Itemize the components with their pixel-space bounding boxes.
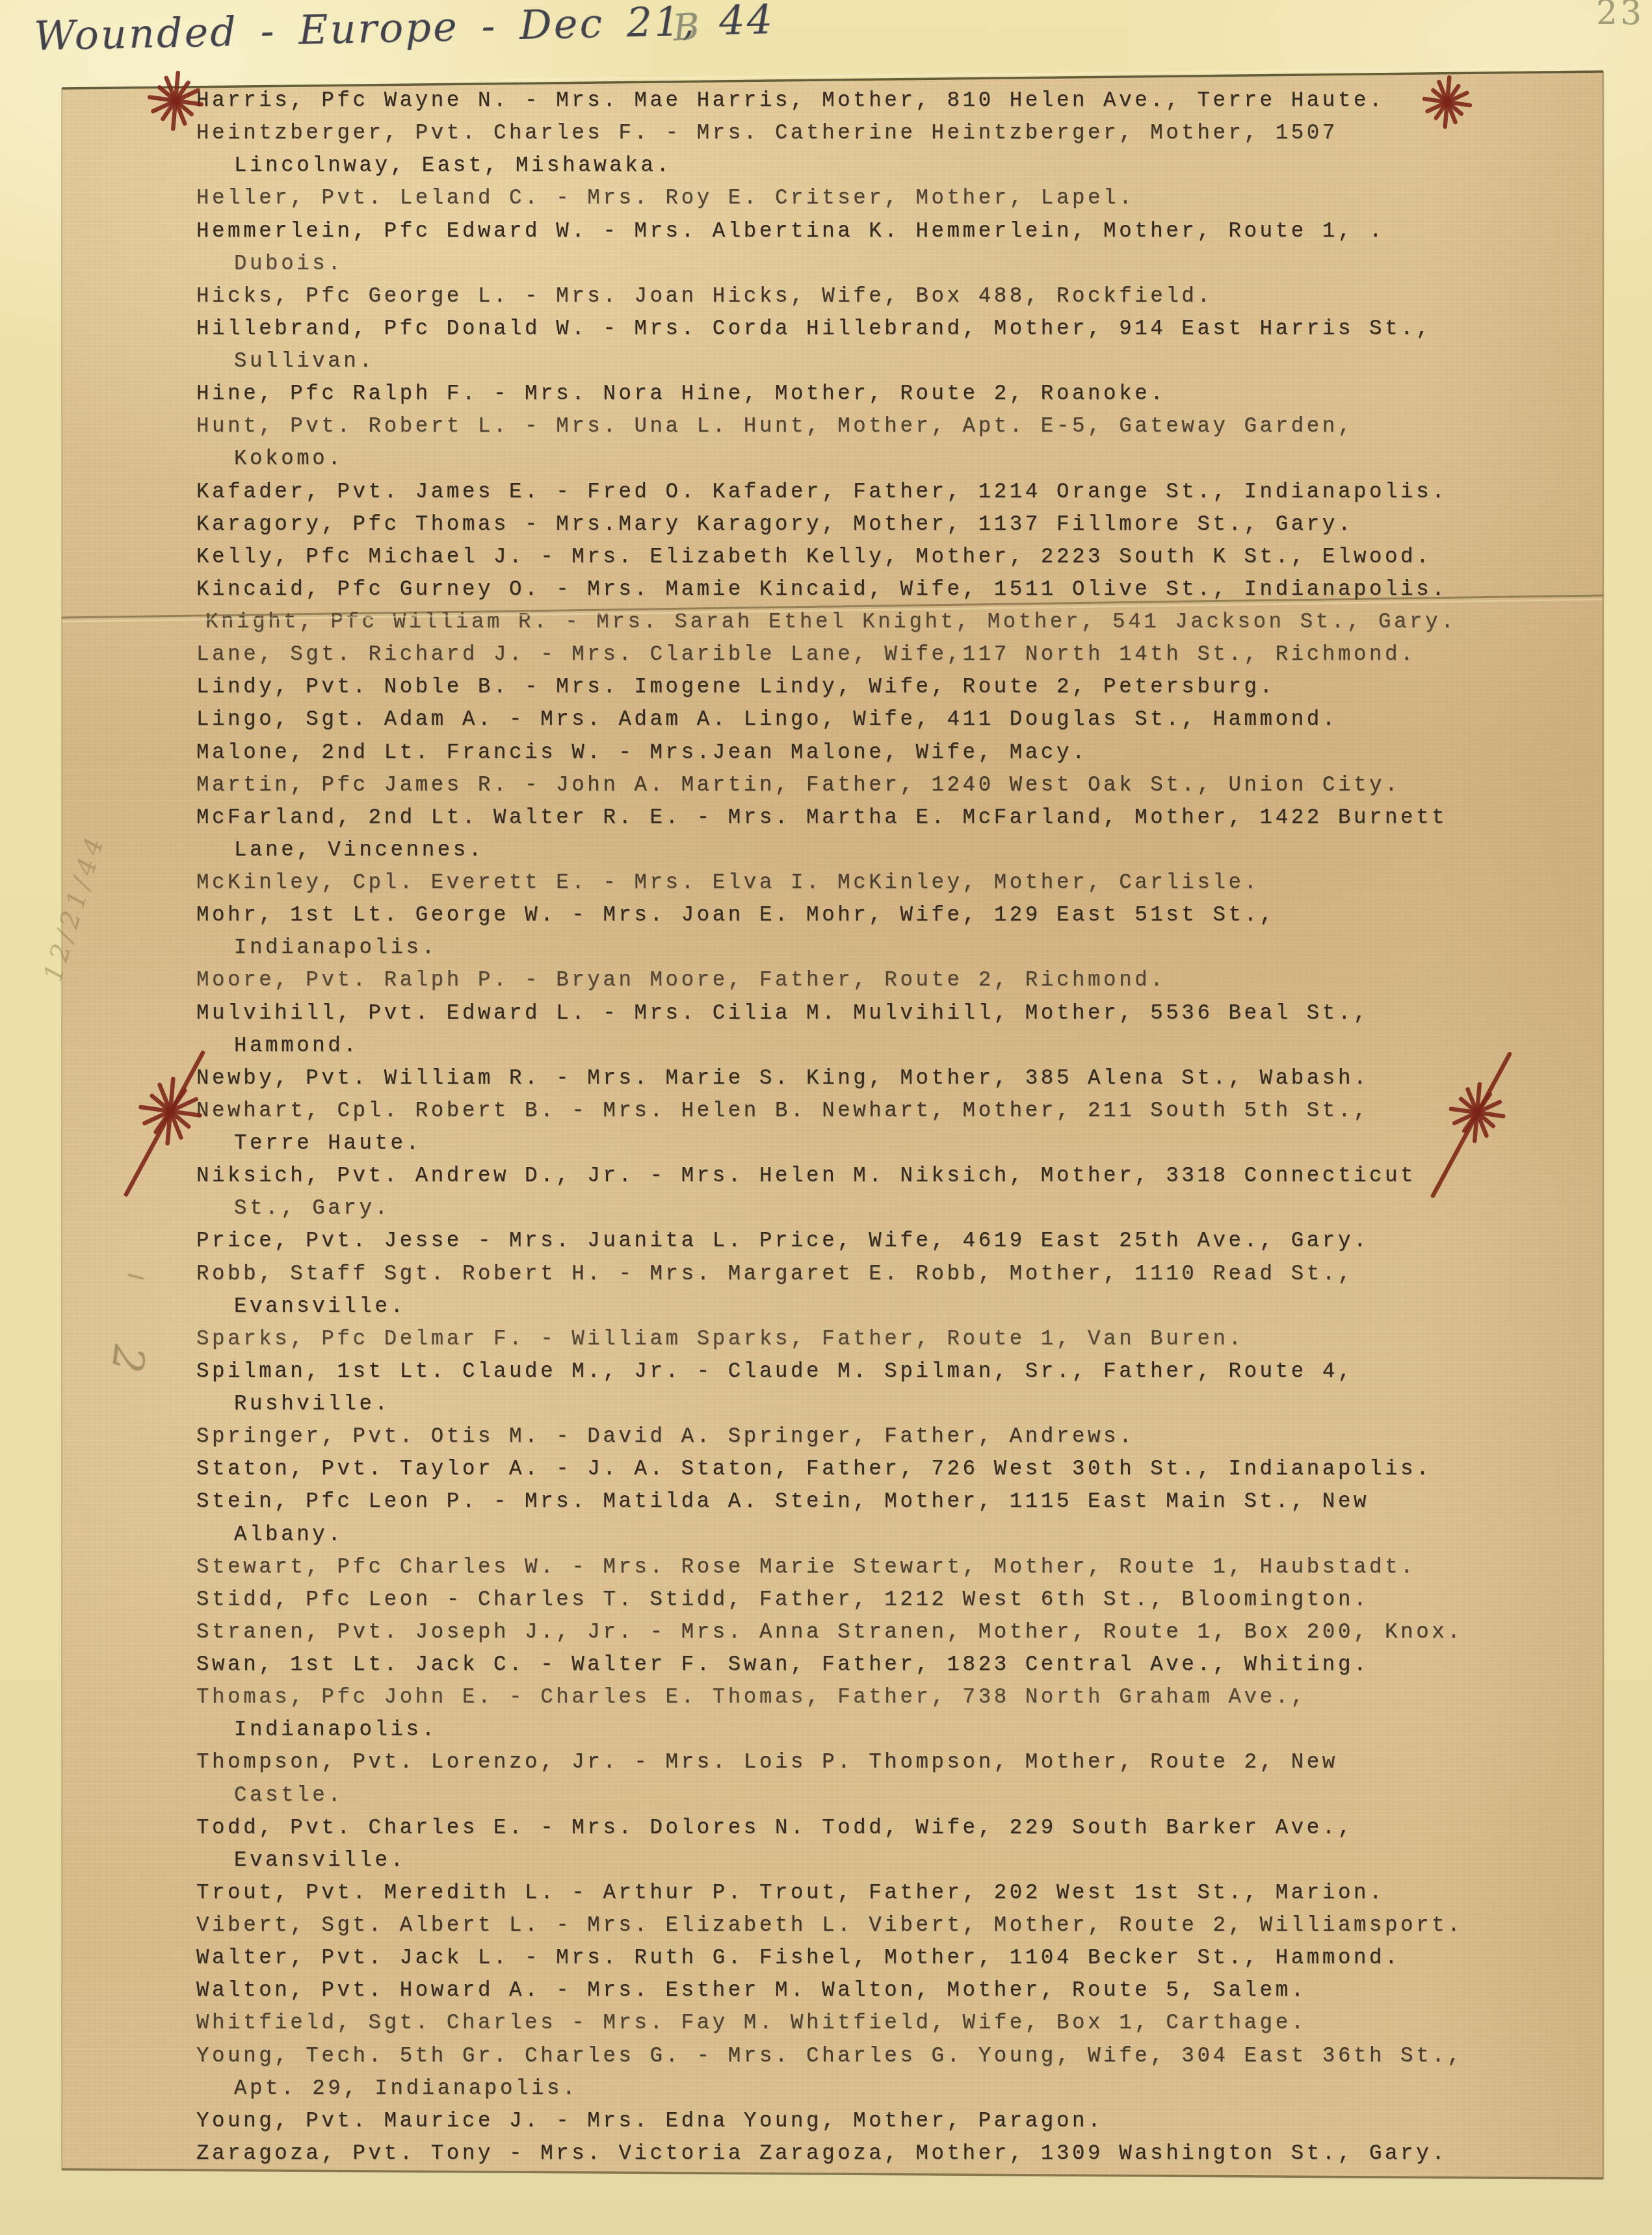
typed-lines: Harris, Pfc Wayne N. - Mrs. Mae Harris, … bbox=[196, 85, 1463, 2170]
roster-line: Thomas, Pfc John E. - Charles E. Thomas,… bbox=[196, 1681, 1463, 1714]
roster-line: Karagory, Pfc Thomas - Mrs.Mary Karagory… bbox=[196, 508, 1463, 541]
roster-line: Lindy, Pvt. Noble B. - Mrs. Imogene Lind… bbox=[196, 671, 1463, 703]
roster-line: Walter, Pvt. Jack L. - Mrs. Ruth G. Fish… bbox=[196, 1942, 1463, 1974]
roster-line: Stewart, Pfc Charles W. - Mrs. Rose Mari… bbox=[196, 1551, 1463, 1584]
roster-line: Kokomo. bbox=[196, 443, 1463, 475]
roster-line: Hemmerlein, Pfc Edward W. - Mrs. Alberti… bbox=[196, 215, 1463, 248]
roster-line: Indianapolis. bbox=[196, 932, 1463, 964]
roster-line: Hammond. bbox=[196, 1030, 1463, 1062]
scan-root: { "page": { "handwritten_title": "Wounde… bbox=[0, 0, 1652, 2235]
roster-line: Robb, Staff Sgt. Robert H. - Mrs. Margar… bbox=[196, 1258, 1463, 1290]
roster-line: Lingo, Sgt. Adam A. - Mrs. Adam A. Lingo… bbox=[196, 703, 1463, 736]
roster-line: Hillebrand, Pfc Donald W. - Mrs. Corda H… bbox=[196, 313, 1463, 345]
roster-line: Kafader, Pvt. James E. - Fred O. Kafader… bbox=[196, 476, 1463, 508]
roster-line: Evansville. bbox=[196, 1844, 1463, 1877]
roster-line: Malone, 2nd Lt. Francis W. - Mrs.Jean Ma… bbox=[196, 737, 1463, 769]
page-number: 23 bbox=[1596, 0, 1644, 33]
roster-line: Knight, Pfc William R. - Mrs. Sarah Ethe… bbox=[196, 606, 1463, 638]
roster-line: Moore, Pvt. Ralph P. - Bryan Moore, Fath… bbox=[196, 964, 1463, 997]
roster-line: Lane, Sgt. Richard J. - Mrs. Clarible La… bbox=[196, 638, 1463, 671]
typed-sheet: Harris, Pfc Wayne N. - Mrs. Mae Harris, … bbox=[0, 0, 1652, 2235]
roster-line: Lincolnway, East, Mishawaka. bbox=[196, 150, 1463, 182]
roster-line: Spilman, 1st Lt. Claude M., Jr. - Claude… bbox=[196, 1355, 1463, 1388]
roster-line: Kelly, Pfc Michael J. - Mrs. Elizabeth K… bbox=[196, 541, 1463, 573]
roster-line: Todd, Pvt. Charles E. - Mrs. Dolores N. … bbox=[196, 1812, 1463, 1844]
roster-line: Harris, Pfc Wayne N. - Mrs. Mae Harris, … bbox=[196, 85, 1463, 117]
roster-line: Sparks, Pfc Delmar F. - William Sparks, … bbox=[196, 1323, 1463, 1355]
roster-line: Newby, Pvt. William R. - Mrs. Marie S. K… bbox=[196, 1062, 1463, 1095]
roster-line: Whitfield, Sgt. Charles - Mrs. Fay M. Wh… bbox=[196, 2007, 1463, 2039]
roster-line: Thompson, Pvt. Lorenzo, Jr. - Mrs. Lois … bbox=[196, 1746, 1463, 1779]
roster-line: Zaragoza, Pvt. Tony - Mrs. Victoria Zara… bbox=[196, 2137, 1463, 2170]
roster-line: Evansville. bbox=[196, 1290, 1463, 1323]
roster-line: Stranen, Pvt. Joseph J., Jr. - Mrs. Anna… bbox=[196, 1616, 1463, 1649]
roster-line: St., Gary. bbox=[196, 1192, 1463, 1225]
roster-line: Vibert, Sgt. Albert L. - Mrs. Elizabeth … bbox=[196, 1909, 1463, 1942]
roster-line: Apt. 29, Indianapolis. bbox=[196, 2072, 1463, 2105]
roster-line: Hunt, Pvt. Robert L. - Mrs. Una L. Hunt,… bbox=[196, 410, 1463, 443]
roster-line: Mulvihill, Pvt. Edward L. - Mrs. Cilia M… bbox=[196, 997, 1463, 1030]
roster-line: Young, Pvt. Maurice J. - Mrs. Edna Young… bbox=[196, 2105, 1463, 2137]
roster-line: Springer, Pvt. Otis M. - David A. Spring… bbox=[196, 1420, 1463, 1453]
roster-line: Price, Pvt. Jesse - Mrs. Juanita L. Pric… bbox=[196, 1225, 1463, 1257]
roster-line: Kincaid, Pfc Gurney O. - Mrs. Mamie Kinc… bbox=[196, 573, 1463, 606]
roster-line: Terre Haute. bbox=[196, 1127, 1463, 1160]
roster-line: Newhart, Cpl. Robert B. - Mrs. Helen B. … bbox=[196, 1095, 1463, 1127]
roster-line: Rushville. bbox=[196, 1388, 1463, 1420]
roster-line: Heintzberger, Pvt. Charles F. - Mrs. Cat… bbox=[196, 117, 1463, 150]
roster-line: Swan, 1st Lt. Jack C. - Walter F. Swan, … bbox=[196, 1649, 1463, 1681]
roster-line: Walton, Pvt. Howard A. - Mrs. Esther M. … bbox=[196, 1974, 1463, 2007]
roster-line: Stein, Pfc Leon P. - Mrs. Matilda A. Ste… bbox=[196, 1485, 1463, 1518]
roster-line: Heller, Pvt. Leland C. - Mrs. Roy E. Cri… bbox=[196, 182, 1463, 215]
roster-line: Stidd, Pfc Leon - Charles T. Stidd, Fath… bbox=[196, 1584, 1463, 1616]
roster-line: Staton, Pvt. Taylor A. - J. A. Staton, F… bbox=[196, 1453, 1463, 1485]
roster-line: Dubois. bbox=[196, 248, 1463, 280]
roster-line: Sullivan. bbox=[196, 345, 1463, 378]
roster-line: Hicks, Pfc George L. - Mrs. Joan Hicks, … bbox=[196, 280, 1463, 313]
roster-line: Castle. bbox=[196, 1779, 1463, 1812]
roster-line: McKinley, Cpl. Everett E. - Mrs. Elva I.… bbox=[196, 867, 1463, 899]
roster-line: Albany. bbox=[196, 1519, 1463, 1551]
handwritten-mark-b: B bbox=[672, 6, 701, 50]
roster-line: Lane, Vincennes. bbox=[196, 834, 1463, 867]
roster-line: Niksich, Pvt. Andrew D., Jr. - Mrs. Hele… bbox=[196, 1160, 1463, 1192]
handwritten-title: Wounded - Europe - Dec 21, 44 bbox=[33, 0, 774, 60]
roster-line: Indianapolis. bbox=[196, 1714, 1463, 1746]
roster-line: Martin, Pfc James R. - John A. Martin, F… bbox=[196, 769, 1463, 802]
roster-line: Trout, Pvt. Meredith L. - Arthur P. Trou… bbox=[196, 1877, 1463, 1909]
roster-line: Hine, Pfc Ralph F. - Mrs. Nora Hine, Mot… bbox=[196, 378, 1463, 410]
roster-line: McFarland, 2nd Lt. Walter R. E. - Mrs. M… bbox=[196, 802, 1463, 834]
roster-line: Young, Tech. 5th Gr. Charles G. - Mrs. C… bbox=[196, 2040, 1463, 2072]
roster-line: Mohr, 1st Lt. George W. - Mrs. Joan E. M… bbox=[196, 899, 1463, 932]
